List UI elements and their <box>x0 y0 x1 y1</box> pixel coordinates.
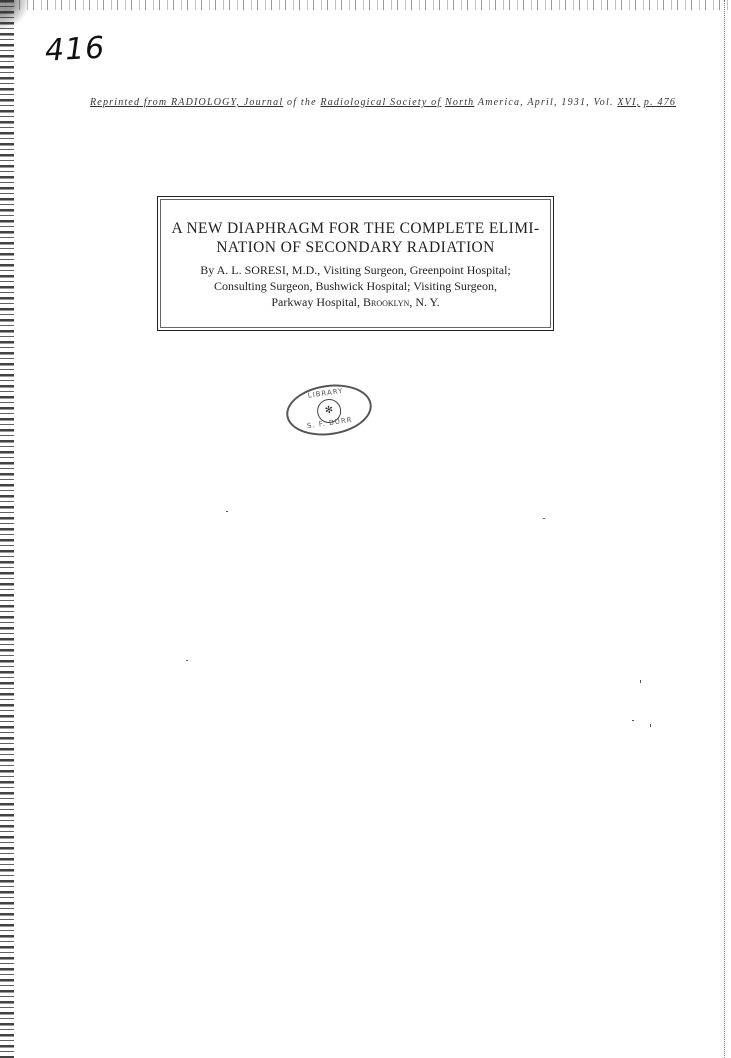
scan-speck <box>650 724 651 727</box>
city-name: Brooklyn <box>363 295 409 309</box>
author-byline: By A. L. SORESI, M.D., Visiting Surgeon,… <box>158 262 553 310</box>
reprint-part: p. 476 <box>644 97 676 108</box>
byline-line-3: Parkway Hospital, Brooklyn, N. Y. <box>158 294 553 310</box>
scan-edge-top <box>0 0 731 10</box>
scan-edge-right <box>724 0 731 1058</box>
reprint-part: Reprinted from RADIOLOGY, Journal <box>90 97 283 108</box>
reprint-part: Radiological Society of <box>320 97 441 108</box>
title-line-2: NATION OF SECONDARY RADIATION <box>158 238 553 257</box>
reprint-part: America, April, 1931, Vol. <box>474 97 617 108</box>
handwritten-number: 416 <box>44 30 106 68</box>
article-title: A NEW DIAPHRAGM FOR THE COMPLETE ELIMI- … <box>158 219 553 257</box>
byline-line-1: By A. L. SORESI, M.D., Visiting Surgeon,… <box>158 262 553 278</box>
scan-speck <box>226 511 228 512</box>
scan-speck <box>543 518 545 519</box>
scan-speck <box>632 720 634 721</box>
byline-line-2: Consulting Surgeon, Bushwick Hospital; V… <box>158 278 553 294</box>
library-stamp: LIBRARY ✻ S. F. BURR <box>283 379 375 440</box>
reprint-part: of the <box>283 97 320 108</box>
reprint-part: XVI, <box>617 97 640 108</box>
scan-speck <box>640 680 641 683</box>
title-box: A NEW DIAPHRAGM FOR THE COMPLETE ELIMI- … <box>157 196 554 331</box>
reprint-part: North <box>445 97 474 108</box>
scan-speck <box>186 660 188 661</box>
document-page: 416 Reprinted from RADIOLOGY, Journal of… <box>0 0 731 1058</box>
reprint-citation: Reprinted from RADIOLOGY, Journal of the… <box>90 97 626 108</box>
scan-edge-left <box>0 0 14 1058</box>
title-line-1: A NEW DIAPHRAGM FOR THE COMPLETE ELIMI- <box>158 219 553 238</box>
